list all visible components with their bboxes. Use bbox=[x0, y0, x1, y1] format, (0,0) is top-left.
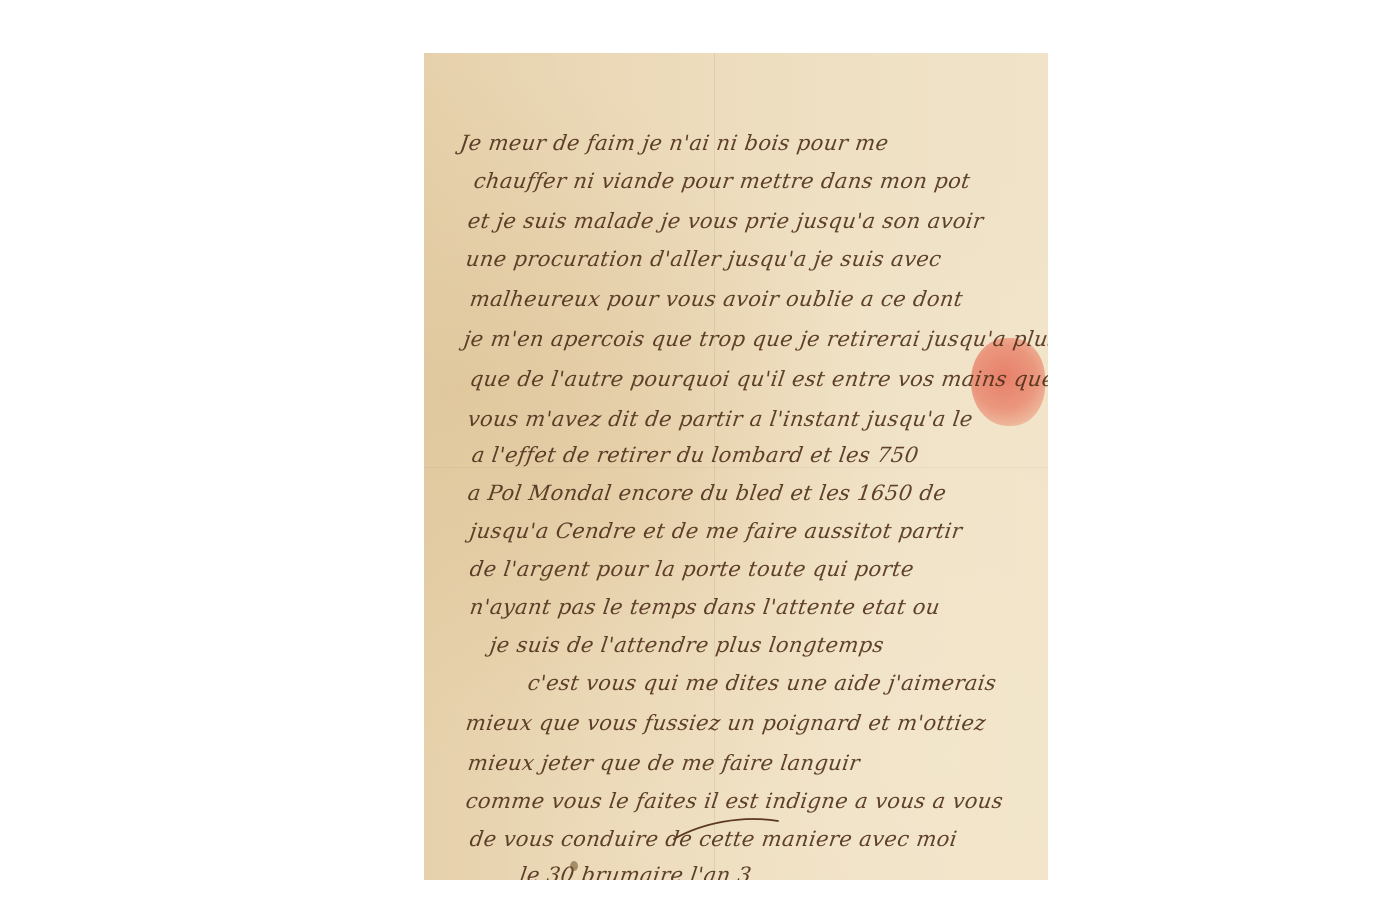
letter-line-13: n'ayant pas le temps dans l'attente etat… bbox=[468, 595, 941, 619]
letter-line-2: chauffer ni viande pour mettre dans mon … bbox=[472, 169, 972, 193]
letter-line-1: Je meur de faim je n'ai ni bois pour me bbox=[458, 131, 890, 155]
letter-line-18: comme vous le faites il est indigne a vo… bbox=[464, 789, 1005, 813]
ink-stain bbox=[570, 861, 578, 871]
photo-backdrop: Je meur de faim je n'ai ni bois pour me … bbox=[0, 0, 1382, 922]
letter-line-7: que de l'autre pourquoi qu'il est entre … bbox=[468, 367, 1056, 391]
letter-line-11: jusqu'a Cendre et de me faire aussitot p… bbox=[468, 519, 964, 543]
letter-line-6: je m'en apercois que trop que je retirer… bbox=[462, 327, 1061, 351]
letter-line-15: c'est vous qui me dites une aide j'aimer… bbox=[526, 671, 998, 695]
letter-line-8: vous m'avez dit de partir a l'instant ju… bbox=[466, 407, 974, 431]
letter-line-14: je suis de l'attendre plus longtemps bbox=[488, 633, 885, 657]
letter-line-4: une procuration d'aller jusqu'a je suis … bbox=[464, 247, 943, 271]
letter-date-line: le 30 brumaire l'an 3 bbox=[518, 863, 753, 887]
letter-line-10: a Pol Mondal encore du bled et les 1650 … bbox=[466, 481, 948, 505]
letter-line-5: malheureux pour vous avoir oublie a ce d… bbox=[468, 287, 964, 311]
letter-line-3: et je suis malade je vous prie jusqu'a s… bbox=[466, 209, 985, 233]
letter-line-17: mieux jeter que de me faire languir bbox=[466, 751, 861, 775]
letter-line-12: de l'argent pour la porte toute qui port… bbox=[468, 557, 915, 581]
letter-line-9: a l'effet de retirer du lombard et les 7… bbox=[470, 443, 920, 467]
signature-flourish-icon bbox=[672, 813, 782, 843]
letter-paper: Je meur de faim je n'ai ni bois pour me … bbox=[424, 53, 1048, 880]
letter-line-16: mieux que vous fussiez un poignard et m'… bbox=[464, 711, 987, 735]
paper-fold-horizontal bbox=[424, 467, 1048, 468]
